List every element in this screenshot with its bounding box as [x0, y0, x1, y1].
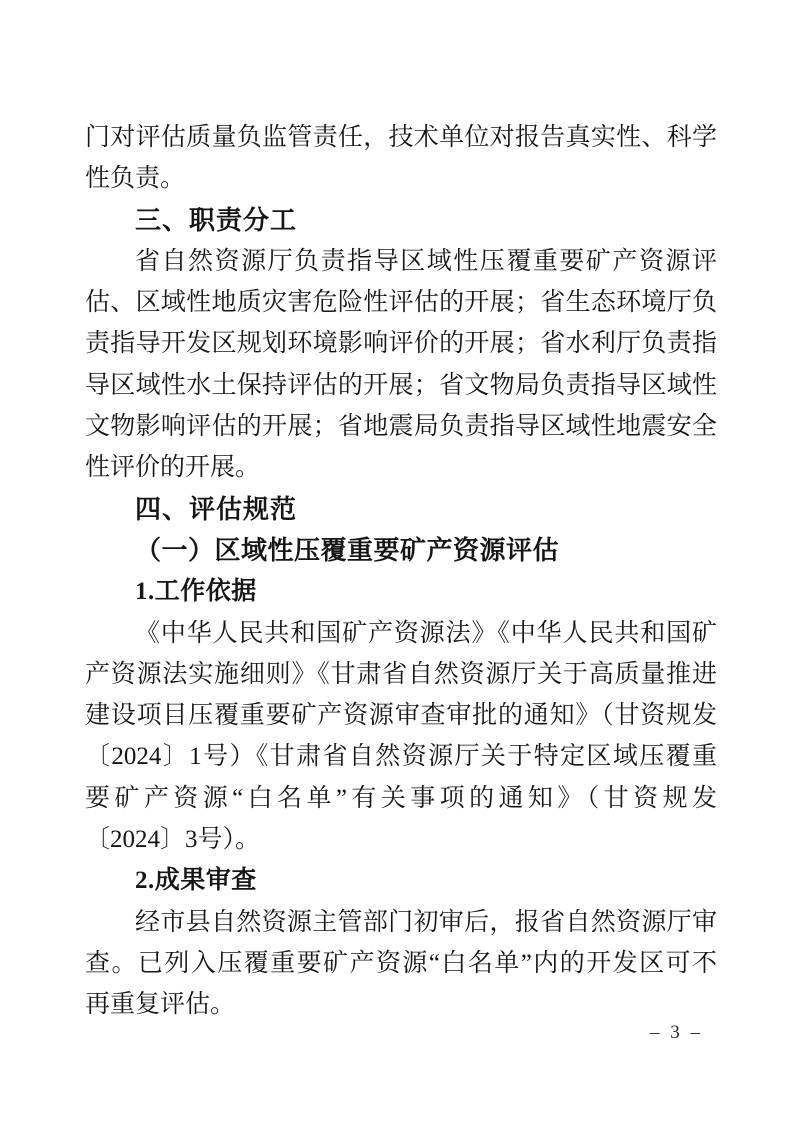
page-number: – 3 – [650, 1022, 703, 1044]
body-line: 估、区域性地质灾害危险性评估的开展；省生态环境厅负 [85, 282, 717, 323]
body-line: 导区域性水土保持评估的开展；省文物局负责指导区域性 [85, 365, 717, 406]
body-line: 要矿产资源“白名单”有关事项的通知》（甘资规发 [85, 778, 717, 819]
body-line: 《中华人民共和国矿产资源法》《中华人民共和国矿 [85, 613, 717, 654]
body-line: 查。已列入压覆重要矿产资源“白名单”内的开发区可不 [85, 943, 717, 984]
body-line: 再重复评估。 [85, 984, 717, 1025]
body-line: 产资源法实施细则》《甘肃省自然资源厅关于高质量推进 [85, 654, 717, 695]
body-line: 性负责。 [85, 158, 717, 199]
document-content: 门对评估质量负监管责任，技术单位对报告真实性、科学 性负责。 三、职责分工 省自… [85, 117, 717, 1026]
body-line: 〔2024〕1号）《甘肃省自然资源厅关于特定区域压覆重 [85, 736, 717, 777]
body-line: 性评价的开展。 [85, 447, 717, 488]
body-line: 文物影响评估的开展；省地震局负责指导区域性地震安全 [85, 406, 717, 447]
section-heading-standards: 四、评估规范 [85, 489, 717, 530]
subsection-heading-mineral-evaluation: （一）区域性压覆重要矿产资源评估 [85, 530, 717, 571]
body-line: 〔2024〕3号）。 [85, 819, 717, 860]
section-heading-duties: 三、职责分工 [85, 200, 717, 241]
document-page: 门对评估质量负监管责任，技术单位对报告真实性、科学 性负责。 三、职责分工 省自… [0, 0, 800, 1132]
body-line: 经市县自然资源主管部门初审后，报省自然资源厅审 [85, 902, 717, 943]
numbered-heading-result-review: 2.成果审查 [85, 860, 717, 901]
body-line: 省自然资源厅负责指导区域性压覆重要矿产资源评 [85, 241, 717, 282]
numbered-heading-work-basis: 1.工作依据 [85, 571, 717, 612]
body-line: 建设项目压覆重要矿产资源审查审批的通知》（甘资规发 [85, 695, 717, 736]
body-line: 责指导开发区规划环境影响评价的开展；省水利厅负责指 [85, 323, 717, 364]
body-line: 门对评估质量负监管责任，技术单位对报告真实性、科学 [85, 117, 717, 158]
